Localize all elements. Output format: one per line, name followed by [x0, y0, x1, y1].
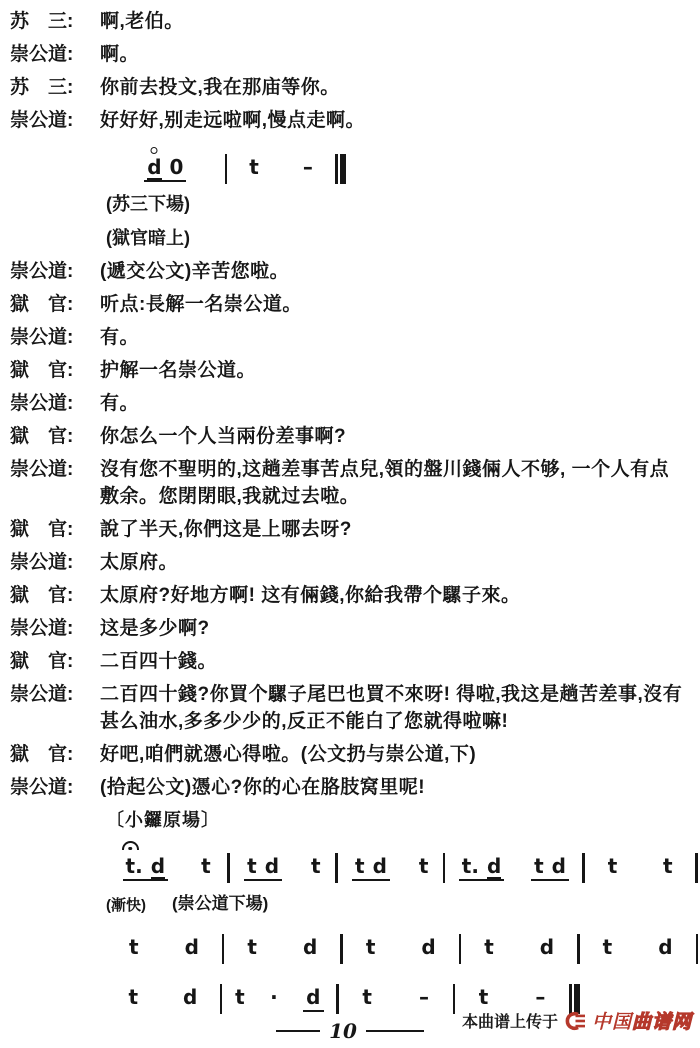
dialogue-text: 二百四十錢。: [100, 648, 688, 675]
measure: t–: [339, 987, 453, 1007]
site-name-bold: 中国: [592, 1012, 632, 1033]
note: t: [247, 937, 257, 957]
speaker-label: 崇公道:: [10, 258, 100, 285]
dialogue-text: 沒有您不聖明的,这趟差事苦点兒,領的盤川錢倆人不够, 一个人有点敷余。您閉閉眼,…: [100, 456, 688, 510]
speaker-label: 苏 三:: [10, 74, 100, 101]
page-number-dash-left: [276, 1030, 320, 1033]
dialogue-row: 苏 三:你前去投文,我在那庙等你。: [10, 74, 694, 101]
note: t: [603, 937, 613, 957]
dialogue-row: 獄 官:太原府?好地方啊! 这有倆錢,你給我帶个騾子來。: [10, 582, 694, 609]
dialogue-row: 崇公道:二百四十錢?你買个騾子尾巴也買不來呀! 得啦,我这是趟苦差事,沒有甚么油…: [10, 681, 694, 735]
measure: td: [461, 937, 577, 957]
measure: td: [580, 937, 696, 957]
beamed-note-group: d0: [144, 157, 186, 182]
site-name: 中国曲谱网: [592, 1007, 692, 1034]
note: d: [303, 937, 317, 957]
script-content: 苏 三:啊,老伯。崇公道:啊。苏 三:你前去投文,我在那庙等你。崇公道:好好好,…: [10, 8, 694, 1014]
speaker-label: 崇公道:: [10, 774, 100, 801]
page-number: 10: [250, 1019, 450, 1043]
speaker-label: 獄 官:: [10, 357, 100, 384]
note: d: [487, 856, 501, 879]
speaker-label: 獄 官:: [10, 582, 100, 609]
beamed-note-group: t.d: [123, 856, 169, 881]
note: t: [362, 987, 372, 1007]
dialogue-row: 崇公道:(拾起公文)憑心?你的心在胳肢窝里呢!: [10, 774, 694, 801]
site-name-outline: 曲谱网: [632, 1012, 692, 1033]
stage-direction: (崇公道下場): [172, 889, 268, 914]
beamed-note-group: td: [531, 856, 569, 881]
stage-direction: (獄官暗上): [106, 224, 694, 252]
speaker-label: 獄 官:: [10, 291, 100, 318]
dialogue-row: 崇公道:啊。: [10, 41, 694, 68]
note: d: [183, 987, 197, 1007]
speaker-label: 崇公道:: [10, 681, 100, 735]
page-number-value: 10: [329, 1019, 357, 1043]
site-logo-icon: [564, 1011, 586, 1031]
dialogue-text: 啊。: [100, 41, 688, 68]
beamed-note-group: d: [303, 987, 323, 1012]
note: t: [129, 937, 139, 957]
note: –: [535, 987, 545, 1007]
speaker-label: 苏 三:: [10, 8, 100, 35]
speaker-label: 獄 官:: [10, 423, 100, 450]
dialogue-text: 护解一名崇公道。: [100, 357, 688, 384]
measure: t–: [455, 987, 569, 1007]
measure: td: [106, 937, 222, 957]
note: t: [608, 856, 618, 876]
dialogue-text: 有。: [100, 390, 688, 417]
measure: tdt: [338, 856, 443, 881]
note: d: [421, 937, 435, 957]
dialogue-row: 獄 官:你怎么一个人当兩份差事啊?: [10, 423, 694, 450]
dialogue-row: 苏 三:啊,老伯。: [10, 8, 694, 35]
measure: tdt: [230, 856, 335, 881]
note: t: [247, 856, 257, 876]
music-line-luogu2: tdtdtdtdtd: [106, 922, 698, 964]
watermark-upload-text: 本曲谱上传于: [462, 1009, 558, 1032]
dialogue-row: 崇公道:好好好,别走远啦啊,慢点走啊。: [10, 107, 694, 134]
note: t: [311, 856, 321, 876]
note: t.: [126, 856, 143, 876]
note: d: [658, 937, 672, 957]
measure: tt: [585, 856, 696, 876]
dialogue-text: 好吧,咱們就憑心得啦。(公文扔与崇公道,下): [100, 741, 688, 768]
note: t: [355, 856, 365, 876]
beamed-note-group: t.d: [459, 856, 505, 881]
measure: d0: [106, 157, 225, 182]
music-line-intro: d0t–: [106, 142, 346, 184]
dialogue-row: 崇公道:沒有您不聖明的,这趟差事苦点兒,領的盤川錢倆人不够, 一个人有点敷余。您…: [10, 456, 694, 510]
dialogue-text: 好好好,别走远啦啊,慢点走啊。: [100, 107, 688, 134]
note: t: [534, 856, 544, 876]
speaker-label: 崇公道:: [10, 390, 100, 417]
note: t: [235, 987, 245, 1007]
percussion-pattern-label: 〔小鑼原場〕: [106, 807, 694, 833]
barline: [695, 853, 698, 883]
dialogue-text: 这是多少啊?: [100, 615, 688, 642]
dialogue-row: 獄 官:好吧,咱們就憑心得啦。(公文扔与崇公道,下): [10, 741, 694, 768]
speaker-label: 崇公道:: [10, 107, 100, 134]
watermark: 本曲谱上传于 中国曲谱网: [462, 1007, 692, 1034]
dialogue-row: 獄 官:說了半天,你們这是上哪去呀?: [10, 516, 694, 543]
speaker-label: 崇公道:: [10, 456, 100, 510]
music-line-luogu1: t.dttdttdtt.dtdtt: [106, 841, 698, 883]
measure: t–: [227, 157, 335, 177]
speaker-label: 崇公道:: [10, 41, 100, 68]
note: d: [373, 856, 387, 876]
dialogue-row: 獄 官:二百四十錢。: [10, 648, 694, 675]
octave-ring-icon: [151, 147, 158, 154]
note: t: [479, 987, 489, 1007]
note: d: [552, 856, 566, 876]
dialogue-row: 崇公道:这是多少啊?: [10, 615, 694, 642]
dialogue-text: 啊,老伯。: [100, 8, 688, 35]
note: –: [303, 157, 313, 177]
score-page: 苏 三:啊,老伯。崇公道:啊。苏 三:你前去投文,我在那庙等你。崇公道:好好好,…: [0, 0, 700, 1048]
note: ·: [270, 987, 278, 1007]
speaker-label: 崇公道:: [10, 549, 100, 576]
measure: td: [224, 937, 340, 957]
beamed-note-group: td: [244, 856, 282, 881]
measure: td: [343, 937, 459, 957]
dialogue-row: 崇公道:(遞交公文)辛苦您啦。: [10, 258, 694, 285]
note: d: [151, 856, 165, 879]
note: t: [484, 937, 494, 957]
dialogue-text: 听点:長解一名崇公道。: [100, 291, 688, 318]
note: d: [265, 856, 279, 876]
speaker-label: 獄 官:: [10, 516, 100, 543]
speaker-label: 崇公道:: [10, 615, 100, 642]
dialogue-text: 你前去投文,我在那庙等你。: [100, 74, 688, 101]
fermata-icon: [122, 841, 139, 850]
dialogue-row: 崇公道:有。: [10, 324, 694, 351]
measure: td: [106, 987, 220, 1007]
dialogue-text: 說了半天,你們这是上哪去呀?: [100, 516, 688, 543]
dialogue-text: (拾起公文)憑心?你的心在胳肢窝里呢!: [100, 774, 688, 801]
note: d: [540, 937, 554, 957]
measure: t·d: [222, 987, 336, 1012]
note: t: [663, 856, 673, 876]
beamed-note-group: td: [352, 856, 390, 881]
dialogue-row: 獄 官:听点:長解一名崇公道。: [10, 291, 694, 318]
speaker-label: 獄 官:: [10, 648, 100, 675]
speaker-label: 崇公道:: [10, 324, 100, 351]
note: t: [201, 856, 211, 876]
stage-direction: (苏三下場): [106, 190, 694, 218]
speaker-label: 獄 官:: [10, 741, 100, 768]
measure: t.dtd: [445, 856, 582, 881]
dialogue-text: 你怎么一个人当兩份差事啊?: [100, 423, 688, 450]
dialogue-text: 太原府。: [100, 549, 688, 576]
note: d: [147, 157, 161, 180]
note: t: [419, 856, 429, 876]
dialogue-row: 獄 官:护解一名崇公道。: [10, 357, 694, 384]
dialogue-text: (遞交公文)辛苦您啦。: [100, 258, 688, 285]
note: d: [306, 987, 320, 1007]
barline: [696, 934, 699, 964]
note: –: [419, 987, 429, 1007]
note: d: [185, 937, 199, 957]
tempo-row: (漸快)(崇公道下場): [106, 889, 694, 914]
dialogue-row: 崇公道:太原府。: [10, 549, 694, 576]
page-number-dash-right: [366, 1030, 424, 1033]
note: 0: [170, 157, 184, 177]
measure: t.dt: [106, 856, 227, 881]
dialogue-text: 太原府?好地方啊! 这有倆錢,你給我帶个騾子來。: [100, 582, 688, 609]
note: t: [366, 937, 376, 957]
tempo-marking: (漸快): [106, 894, 146, 915]
note: t: [249, 157, 259, 177]
dialogue-text: 有。: [100, 324, 688, 351]
dialogue-row: 崇公道:有。: [10, 390, 694, 417]
dialogue-text: 二百四十錢?你買个騾子尾巴也買不來呀! 得啦,我这是趟苦差事,沒有甚么油水,多多…: [100, 681, 688, 735]
note: t: [128, 987, 138, 1007]
final-barline: [335, 154, 346, 184]
note: t.: [462, 856, 479, 876]
